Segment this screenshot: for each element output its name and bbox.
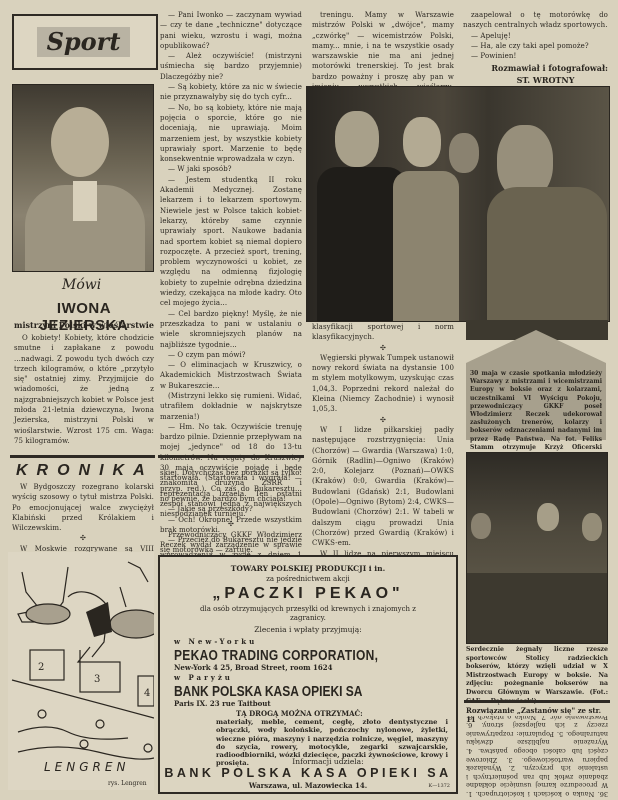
block-number-3: 3 [94, 674, 100, 685]
ad-ny-label: w New-Yorku [174, 637, 257, 646]
divider [10, 455, 155, 458]
ad-info-label: Informacji udziela: [160, 757, 456, 766]
ad-goods-heading: TĄ DROGĄ MOŻNA OTRZYMAĆ: [236, 709, 363, 718]
section-title: Sport [37, 27, 130, 57]
ad-line-1: TOWARY POLSKIEJ PRODUKCJI i in. [160, 564, 456, 573]
ad-line-2: za pośrednictwem akcji [160, 575, 456, 583]
boxers-farewell-photo [466, 452, 608, 644]
interview-column-4: zaapelował o tę motorówkę do naszych cen… [463, 10, 608, 61]
cartoon-drawing [8, 552, 154, 790]
cartoon-swimmers: 2 3 4 LENGREN rys. Lengren [8, 552, 154, 790]
ad-line-3: dla osób otrzymujących przesyłki od krew… [160, 605, 456, 623]
ad-ny-company: PEKAO TRADING CORPORATION, [174, 647, 378, 664]
photo-caption-1: 30 maja w czasie spotkania młodzieży War… [470, 370, 602, 460]
ad-ny-address: New-York 4 25, Broad Street, room 1624 [174, 663, 332, 672]
ad-headline: „PACZKI PEKAO" [160, 585, 456, 603]
block-number-2: 2 [38, 662, 44, 673]
section-header-box: Sport [12, 14, 158, 70]
ad-bank-address: Warszawa, ul. Mazowiecka 14. [160, 781, 456, 790]
cartoon-credit: rys. Lengren [108, 780, 147, 787]
ad-bank-name: BANK POLSKA KASA OPIEKI SA [160, 766, 456, 780]
interview-lead: O kobiety! Kobiety, które chodzicie smut… [14, 333, 154, 446]
puzzle-solution-inverted: 36. Nauka o kościach i kościotrupach. 1.… [466, 716, 608, 798]
kronika-column-3: klasyfikacji sportowej i norm klasyfikac… [312, 322, 454, 590]
interviewee-subtitle: mistrzyni Polski w wioślarstwie [14, 320, 154, 330]
ad-paris-address: Paris IX. 23 rue Taitbout [174, 699, 271, 708]
cartoon-signature: LENGREN [44, 760, 129, 774]
intro-word: Mówi [62, 277, 101, 293]
byline-name: ST. WROTNY [463, 75, 608, 85]
ad-code: K—1372 [429, 783, 450, 789]
portrait-photo [12, 84, 154, 272]
byline-label: Rozmawiał i fotografował: [463, 63, 608, 73]
kronika-title: KRONIKA [16, 462, 154, 480]
block-number-4: 4 [144, 688, 150, 699]
ceremony-photo [306, 86, 610, 322]
divider [464, 700, 610, 703]
photo-caption-2: Serdecznie żegnały liczne rzesze sportow… [466, 646, 608, 706]
ad-paris-label: w Paryżu [174, 673, 233, 682]
ad-line-4: Zlecenia i wpłaty przyjmują: [160, 625, 456, 634]
ad-paris-company: BANK POLSKA KASA OPIEKI SA [174, 683, 362, 700]
pekao-advertisement: TOWARY POLSKIEJ PRODUKCJI i in. za pośre… [158, 555, 458, 794]
divider [158, 455, 304, 458]
